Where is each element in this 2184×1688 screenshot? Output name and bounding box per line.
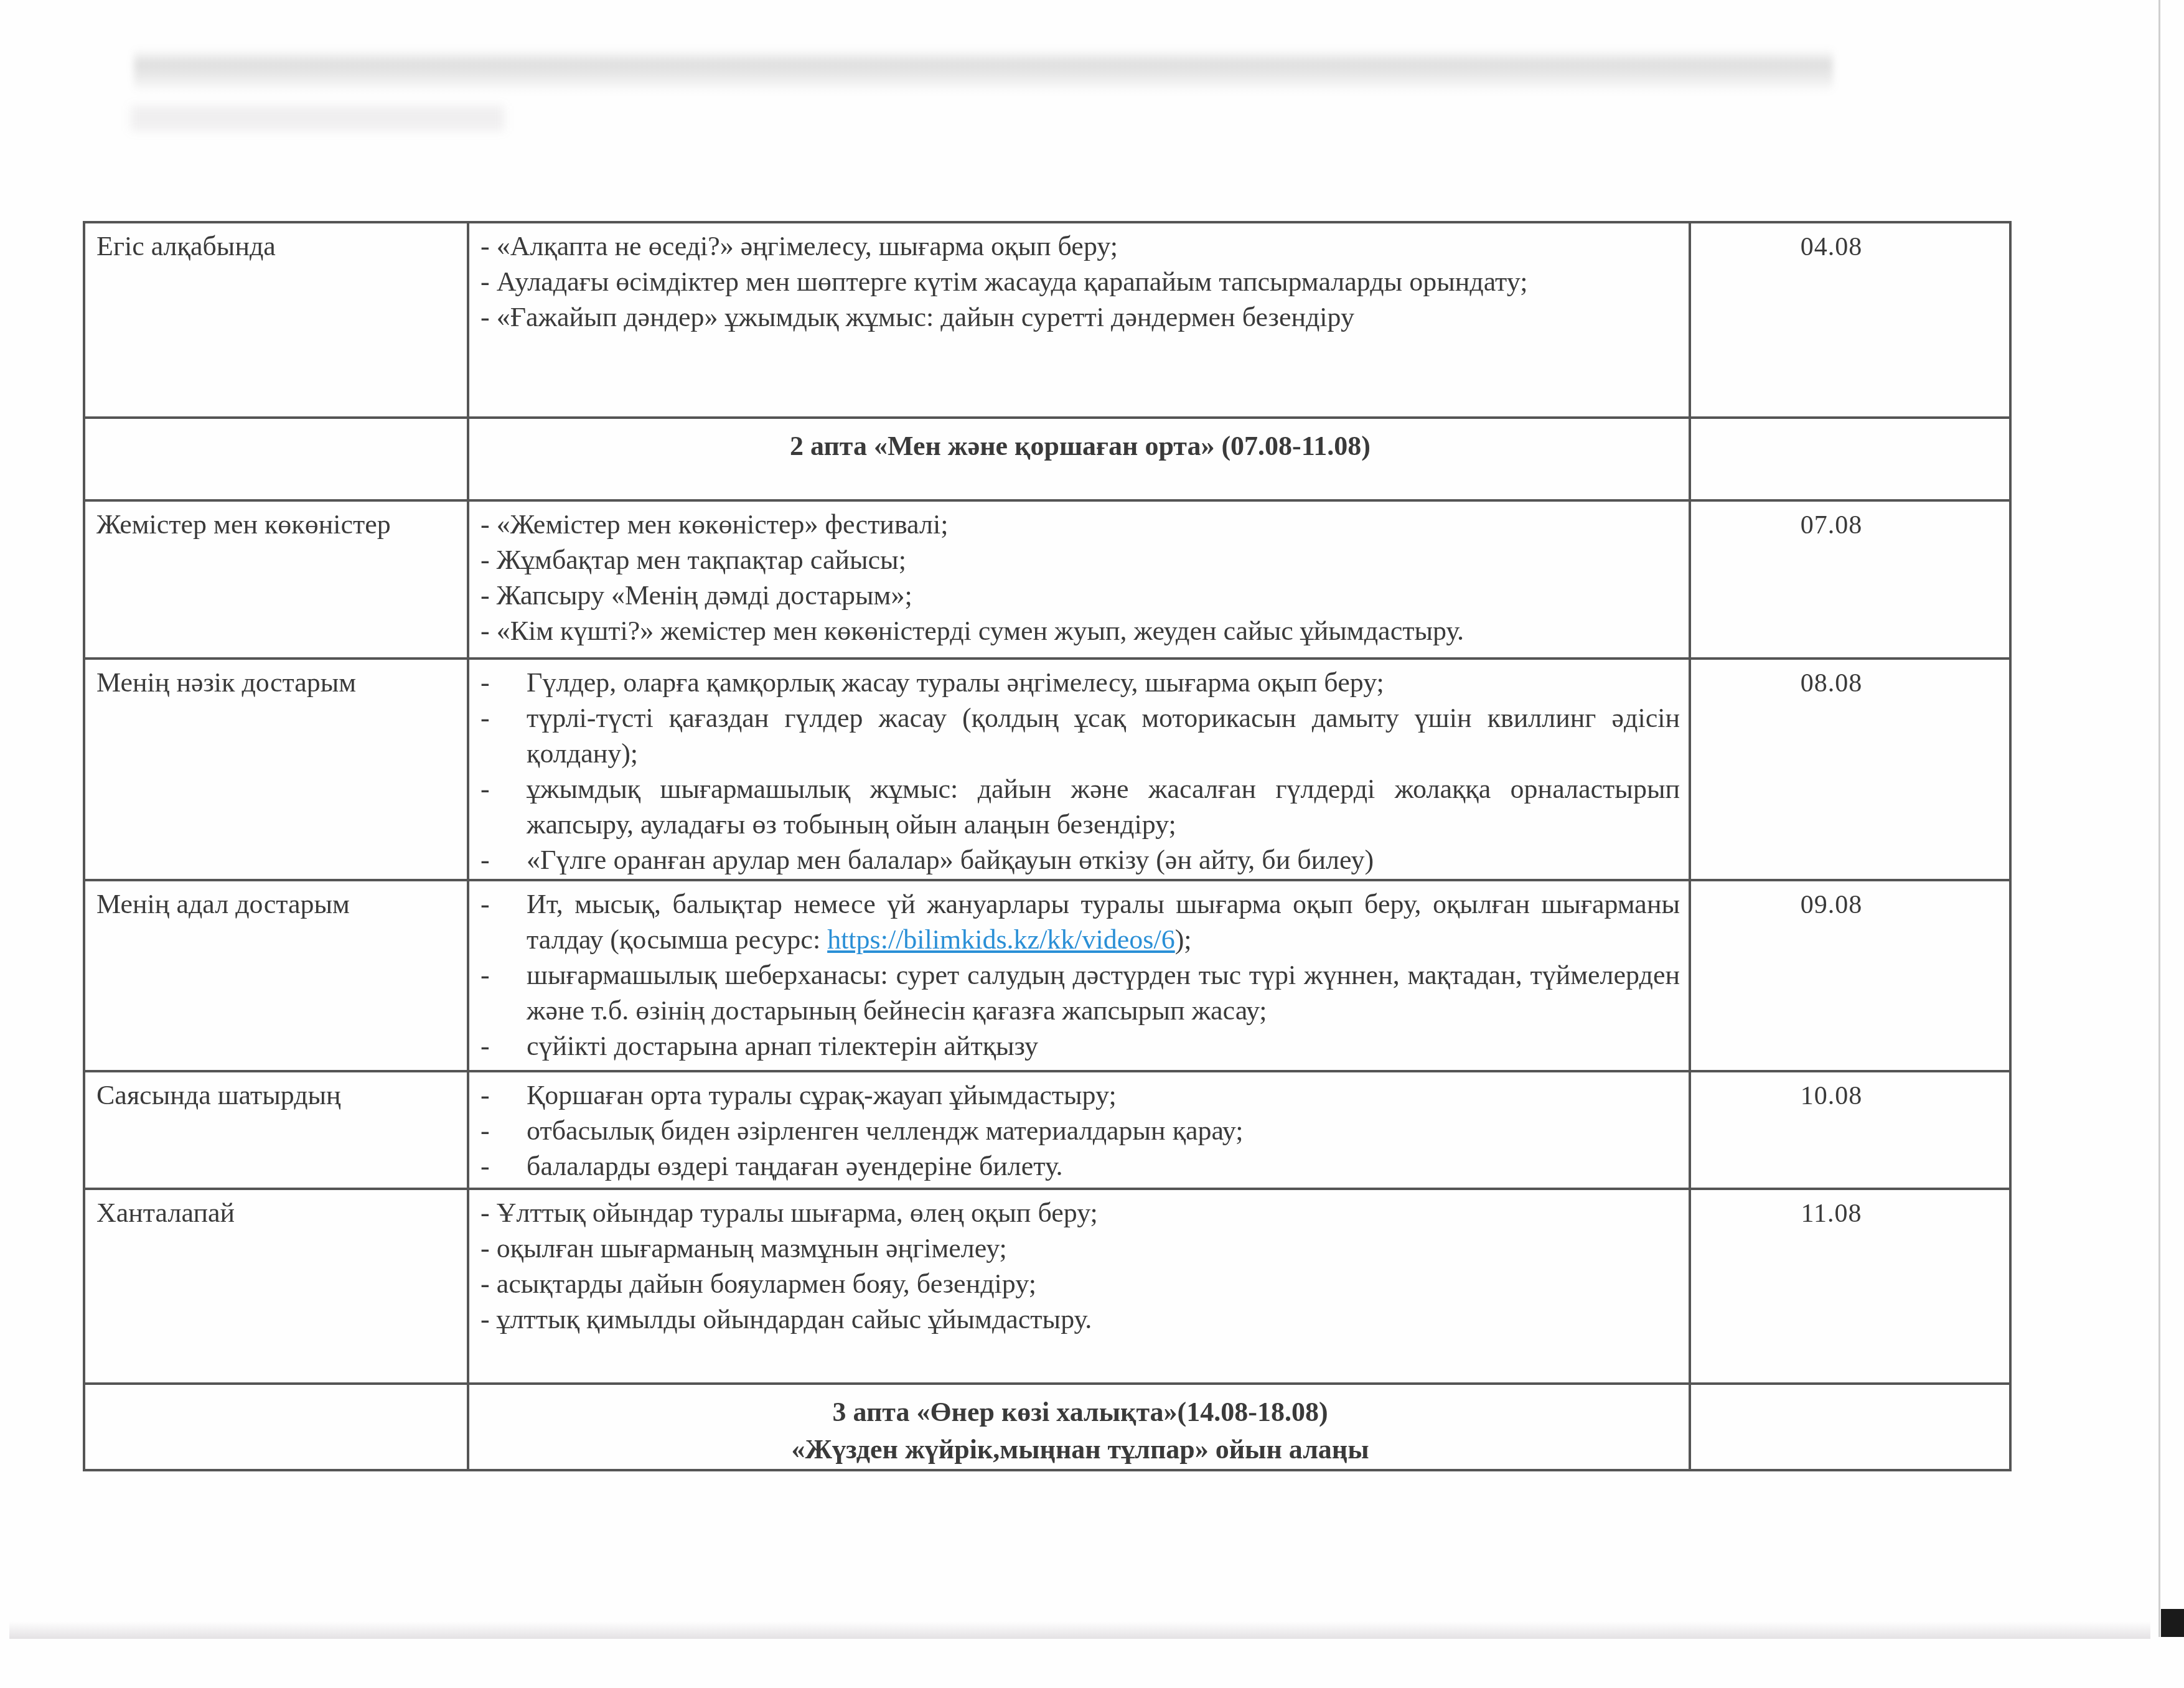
- date: 11.08: [1801, 1199, 1862, 1228]
- list-item: балаларды өздері таңдаған әуендеріне бил…: [480, 1148, 1680, 1184]
- list-item: Ауладағы өсімдіктер мен шөптерге күтім ж…: [480, 264, 1680, 299]
- activity-list-cell: Гүлдер, оларға қамқорлық жасау туралы әң…: [468, 659, 1690, 880]
- list-item: асықтарды дайын бояулармен бояу, безенді…: [480, 1266, 1680, 1301]
- activity-list: Гүлдер, оларға қамқорлық жасау туралы әң…: [480, 665, 1680, 878]
- week-header-row: 3 апта «Өнер көзі халықта»(14.08-18.08) …: [84, 1384, 2010, 1470]
- list-item: сүйікті достарына арнап тілектерін айтқы…: [480, 1028, 1680, 1064]
- table-row: Ханталапай Ұлттық ойындар туралы шығарма…: [84, 1189, 2010, 1384]
- list-item: «Алқапта не өседі?» әңгімелесу, шығарма …: [480, 228, 1680, 264]
- list-item: түрлі-түсті қағаздан гүлдер жасау (қолды…: [480, 700, 1680, 771]
- activity-title: Менің нәзік достарым: [84, 659, 468, 880]
- scan-artifact: [131, 106, 504, 131]
- list-item: оқылған шығарманың мазмұнын әңгімелеу;: [480, 1231, 1680, 1266]
- date: 07.08: [1801, 511, 1863, 540]
- activity-list-cell: Ұлттық ойындар туралы шығарма, өлең оқып…: [468, 1189, 1690, 1384]
- resource-link[interactable]: https://bilimkids.kz/kk/videos/6: [827, 924, 1175, 955]
- table-row: Егіс алқабында «Алқапта не өседі?» әңгім…: [84, 222, 2010, 418]
- date-cell: 08.08: [1690, 659, 2010, 880]
- list-item: Жапсыру «Менің дәмді достарым»;: [480, 578, 1680, 613]
- list-item: отбасылық биден әзірленген челлендж мате…: [480, 1113, 1680, 1148]
- empty-cell: [1690, 418, 2010, 500]
- week-title: 3 апта «Өнер көзі халықта»(14.08-18.08): [480, 1394, 1680, 1431]
- empty-cell: [1690, 1384, 2010, 1470]
- week-header-row: 2 апта «Мен және қоршаған орта» (07.08-1…: [84, 418, 2010, 500]
- table-row: Менің адал достарым Ит, мысық, балықтар …: [84, 880, 2010, 1071]
- activity-list: Ит, мысық, балықтар немесе үй жануарлары…: [480, 886, 1680, 1064]
- table-row: Саясында шатырдың Қоршаған орта туралы с…: [84, 1071, 2010, 1189]
- list-item: «Жемістер мен көкөністер» фестивалі;: [480, 507, 1680, 542]
- scan-artifact: [9, 1621, 2150, 1639]
- activity-list: Қоршаған орта туралы сұрақ-жауап ұйымдас…: [480, 1077, 1680, 1184]
- activity-title: Саясында шатырдың: [84, 1071, 468, 1189]
- activity-title: Егіс алқабында: [84, 222, 468, 418]
- date-cell: 04.08: [1690, 222, 2010, 418]
- activity-title: Ханталапай: [84, 1189, 468, 1384]
- date: 10.08: [1801, 1082, 1863, 1110]
- list-item: «Кім күшті?» жемістер мен көкөністерді с…: [480, 613, 1680, 649]
- empty-cell: [84, 1384, 468, 1470]
- date-cell: 07.08: [1690, 500, 2010, 659]
- list-item: «Гүлге оранған арулар мен балалар» байқа…: [480, 842, 1680, 878]
- date-cell: 09.08: [1690, 880, 2010, 1071]
- activity-plan-table: Егіс алқабында «Алқапта не өседі?» әңгім…: [83, 221, 2012, 1471]
- list-item: шығармашылық шеберханасы: сурет салудың …: [480, 957, 1680, 1028]
- date: 08.08: [1801, 669, 1863, 698]
- list-item: Жұмбақтар мен тақпақтар сайысы;: [480, 542, 1680, 578]
- list-item: Гүлдер, оларға қамқорлық жасау туралы әң…: [480, 665, 1680, 700]
- link-suffix: );: [1175, 924, 1192, 955]
- week-header: 3 апта «Өнер көзі халықта»(14.08-18.08) …: [468, 1384, 1690, 1470]
- activity-title: Менің адал достарым: [84, 880, 468, 1071]
- date-cell: 11.08: [1690, 1189, 2010, 1384]
- activity-title: Жемістер мен көкөністер: [84, 500, 468, 659]
- activity-list-cell: «Алқапта не өседі?» әңгімелесу, шығарма …: [468, 222, 1690, 418]
- activity-list: «Алқапта не өседі?» әңгімелесу, шығарма …: [480, 228, 1680, 335]
- list-item: «Ғажайып дәндер» ұжымдық жұмыс: дайын су…: [480, 299, 1680, 335]
- scan-artifact: [134, 49, 1833, 92]
- activity-list-cell: Ит, мысық, балықтар немесе үй жануарлары…: [468, 880, 1690, 1071]
- activity-list: Ұлттық ойындар туралы шығарма, өлең оқып…: [480, 1195, 1680, 1337]
- week-header: 2 апта «Мен және қоршаған орта» (07.08-1…: [468, 418, 1690, 500]
- table-row: Менің нәзік достарым Гүлдер, оларға қамқ…: [84, 659, 2010, 880]
- table-row: Жемістер мен көкөністер «Жемістер мен кө…: [84, 500, 2010, 659]
- list-item: Ұлттық ойындар туралы шығарма, өлең оқып…: [480, 1195, 1680, 1231]
- list-item: ұжымдық шығармашылық жұмыс: дайын және ж…: [480, 771, 1680, 842]
- week-title: 2 апта «Мен және қоршаған орта» (07.08-1…: [480, 428, 1680, 465]
- week-subtitle: «Жүзден жүйрік,мыңнан тұлпар» ойын алаңы: [480, 1431, 1680, 1468]
- date-cell: 10.08: [1690, 1071, 2010, 1189]
- activity-list: «Жемістер мен көкөністер» фестивалі; Жұм…: [480, 507, 1680, 649]
- activity-list-cell: Қоршаған орта туралы сұрақ-жауап ұйымдас…: [468, 1071, 1690, 1189]
- date: 04.08: [1801, 233, 1863, 261]
- list-item: ұлттық қимылды ойындардан сайыс ұйымдаст…: [480, 1301, 1680, 1337]
- activity-list-cell: «Жемістер мен көкөністер» фестивалі; Жұм…: [468, 500, 1690, 659]
- list-item: Қоршаған орта туралы сұрақ-жауап ұйымдас…: [480, 1077, 1680, 1113]
- list-item: Ит, мысық, балықтар немесе үй жануарлары…: [480, 886, 1680, 957]
- scan-artifact: [2161, 1609, 2184, 1637]
- date: 09.08: [1801, 891, 1863, 919]
- scan-artifact: [2158, 0, 2160, 1637]
- empty-cell: [84, 418, 468, 500]
